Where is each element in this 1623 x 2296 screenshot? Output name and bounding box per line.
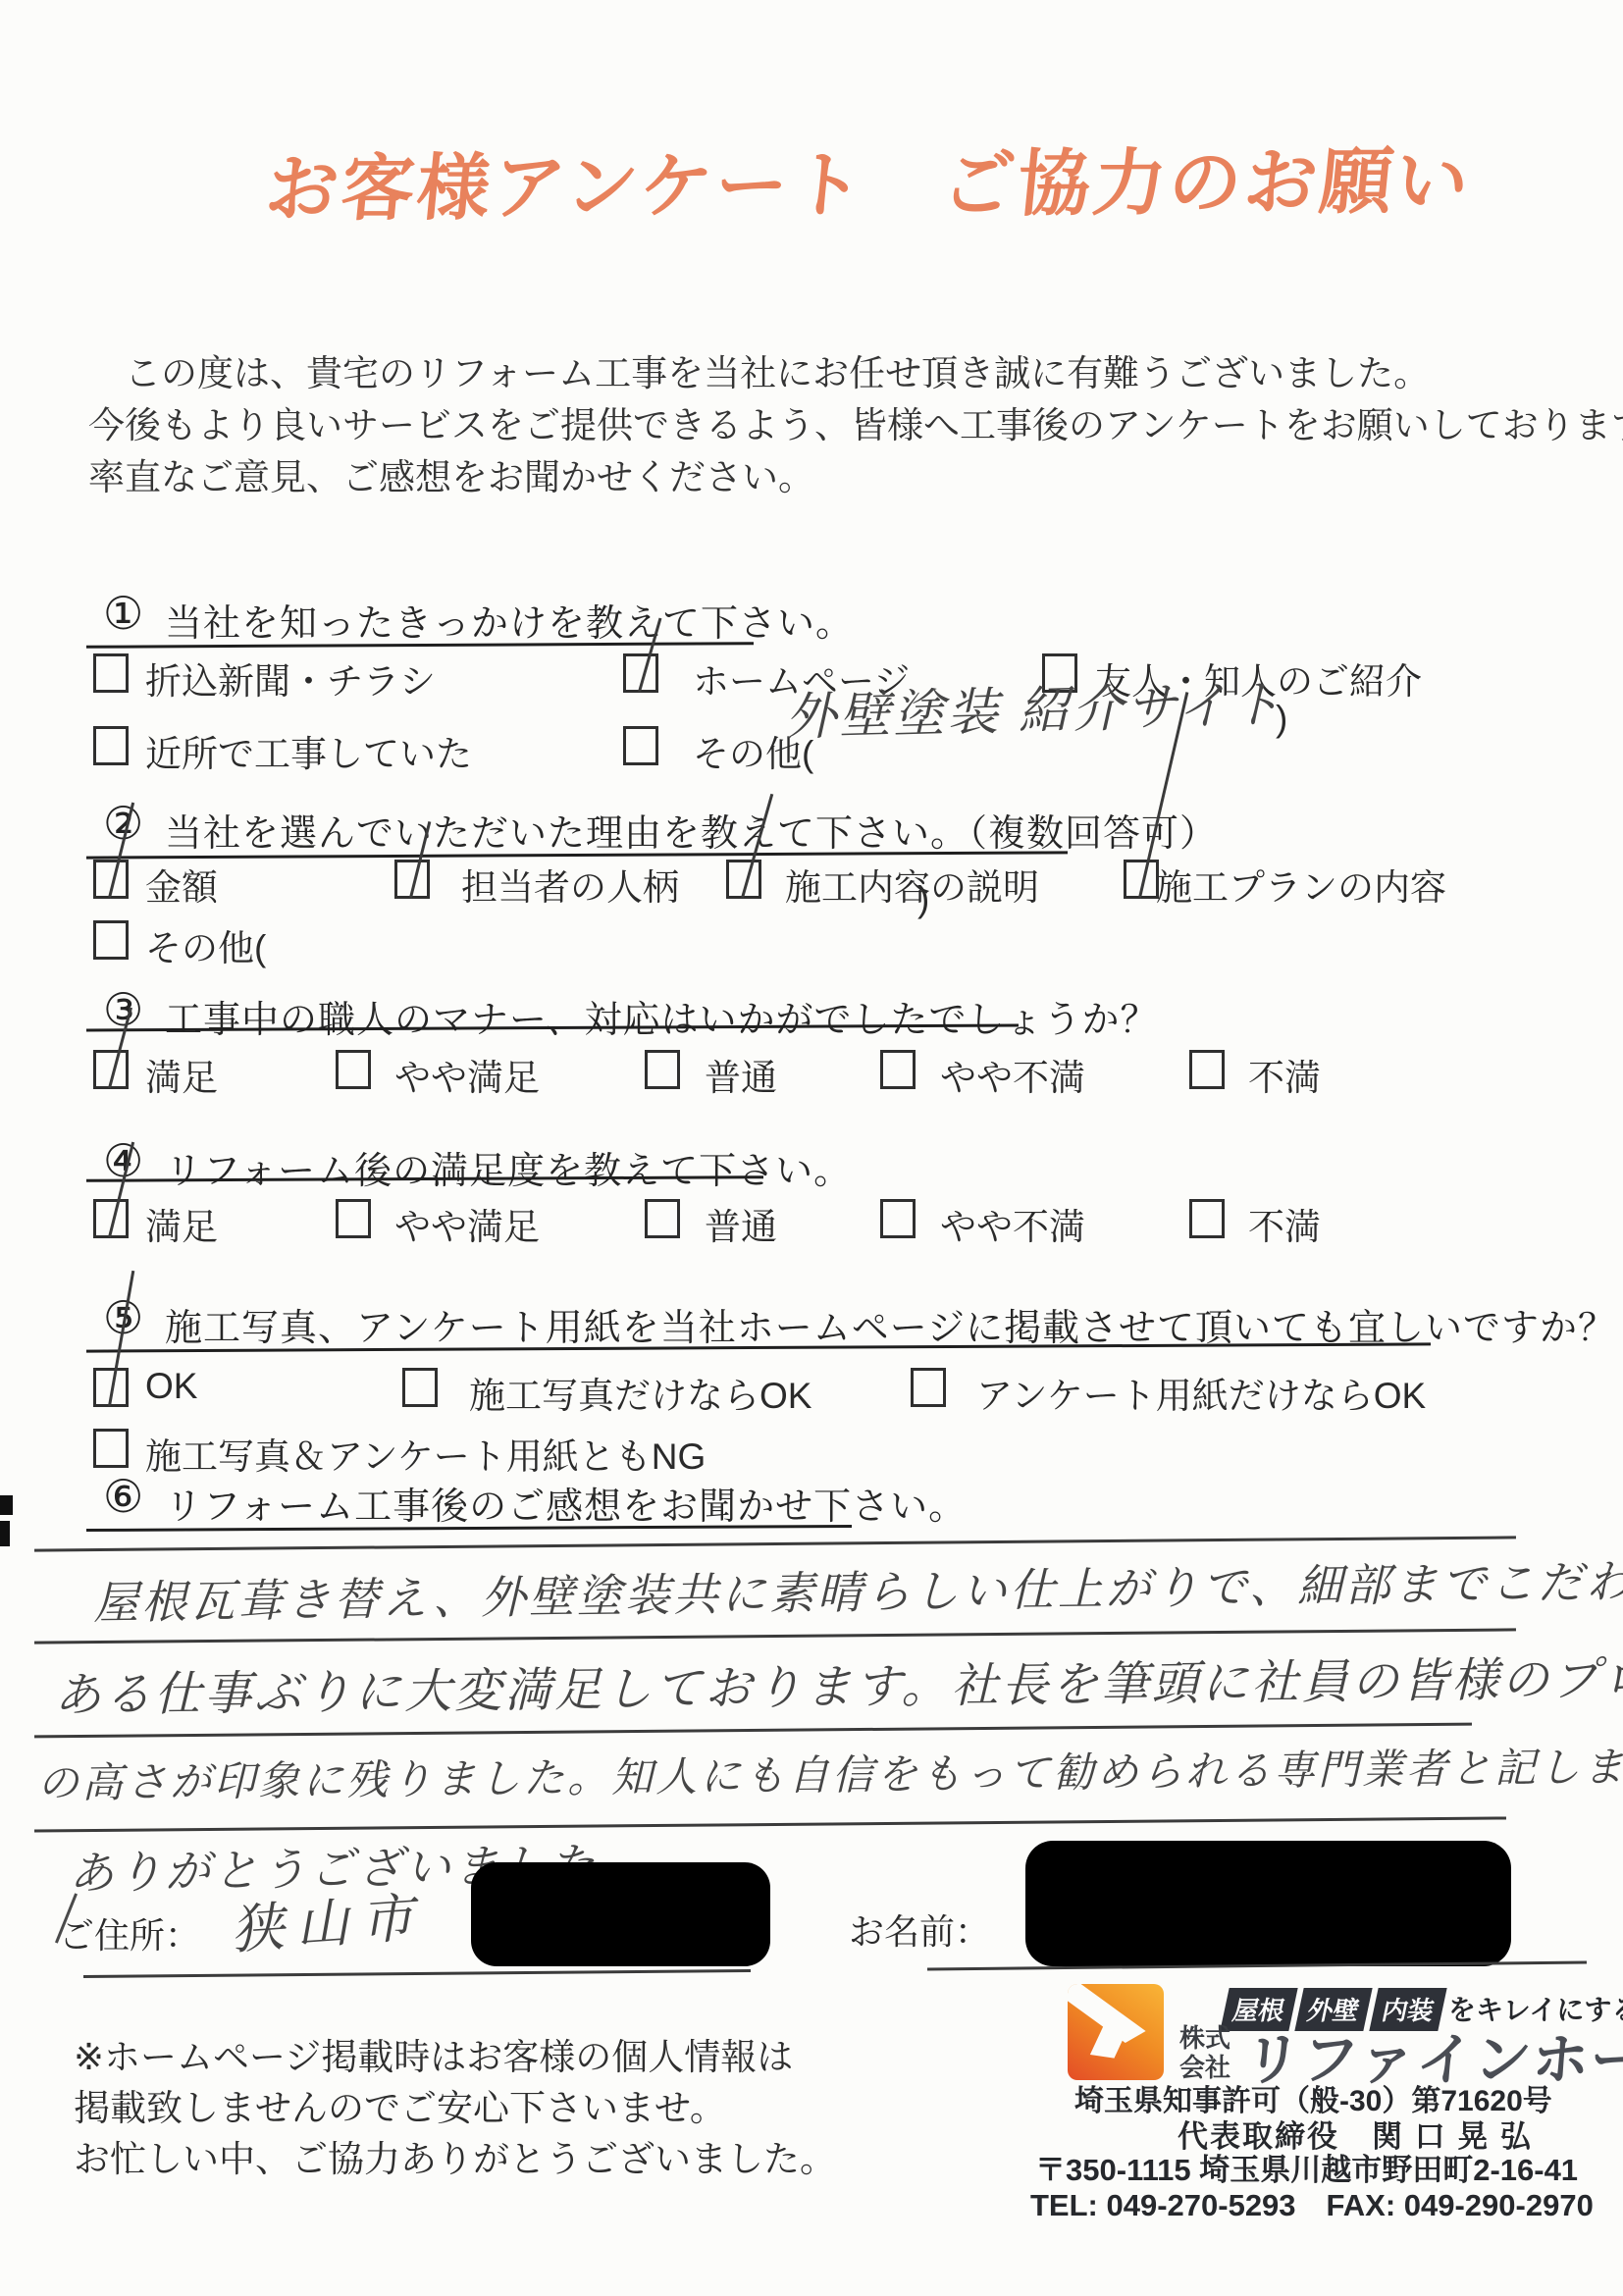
intro-line-2: 今後もより良いサービスをご提供できるよう、皆様へ工事後のアンケートをお願いしてお…: [88, 395, 1623, 448]
option-label: 普通: [705, 1197, 777, 1250]
checkbox-q1-other: [623, 726, 658, 765]
checkbox-q4-neutral: [645, 1199, 680, 1238]
intro-line-3: 率直なご意見、ご感想をお聞かせください。: [88, 447, 814, 500]
option-label: 金額: [145, 858, 218, 911]
handwritten-comment-line-2: ある仕事ぶりに大変満足しております。社長を筆頭に社員の皆様のプロ意識: [54, 1640, 1623, 1725]
option-label: 不満: [1248, 1048, 1321, 1101]
company-logo: [1068, 1984, 1164, 2080]
scan-artifact: [0, 1521, 10, 1546]
checkbox-q2-plan-checked: [1124, 860, 1159, 899]
question-1-title: 当社を知ったきっかけを教えて下さい。: [165, 593, 854, 647]
option-label: 施工内容の説明: [785, 858, 1039, 911]
checkbox-q5-ok-checked: [93, 1368, 129, 1407]
handwritten-comment-line-3: の高さが印象に残りました。知人にも自信をもって勧められる専門業者と記します。: [37, 1734, 1623, 1810]
comment-rule-2: [34, 1628, 1516, 1644]
option-label: その他(: [145, 918, 266, 971]
checkbox-q4-satisfied-checked: [93, 1199, 129, 1238]
footer-note-line-2: 掲載致しませんのでご安心下さいませ。: [74, 2078, 726, 2131]
footer-note-line-3: お忙しい中、ご協力ありがとうございました。: [74, 2129, 836, 2182]
checkbox-q5-photos-only: [402, 1368, 438, 1407]
option-label: 担当者の人柄: [461, 858, 679, 911]
question-3-title: 工事中の職人のマナー、対応はいかがでしたでしょうか？: [165, 989, 1158, 1043]
name-label: お名前：: [849, 1905, 990, 1955]
checkbox-q3-satisfied-checked: [93, 1050, 129, 1089]
handwritten-comment-line-1: 屋根瓦葺き替え、外壁塗装共に素晴らしい仕上がりで、細部までこだわりの: [93, 1544, 1623, 1632]
page-title: お客様アンケート ご協力のお願い: [261, 124, 1477, 236]
option-label: 施工写真だけならOK: [469, 1366, 811, 1419]
question-1-number: ①: [103, 587, 143, 640]
comment-rule-4: [34, 1816, 1506, 1832]
checkbox-q3-neutral: [645, 1050, 680, 1089]
option-label: やや不満: [940, 1048, 1085, 1101]
checkbox-q2-explanation-checked: [726, 860, 761, 899]
checkbox-q3-somewhat-satisfied: [336, 1050, 371, 1089]
checkbox-q3-somewhat-dissatisfied: [880, 1050, 916, 1089]
checkbox-q4-somewhat-satisfied: [336, 1199, 371, 1238]
option-label: 満足: [145, 1048, 218, 1101]
option-label: 施工写真＆アンケート用紙ともNG: [145, 1427, 706, 1480]
option-label: 施工プランの内容: [1156, 858, 1446, 911]
survey-document-page: お客様アンケート ご協力のお願い この度は、貴宅のリフォーム工事を当社にお任せ頂…: [0, 0, 1623, 2296]
close-paren: ): [917, 879, 929, 920]
checkbox-q4-dissatisfied: [1189, 1199, 1225, 1238]
checkbox-q4-somewhat-dissatisfied: [880, 1199, 916, 1238]
handwritten-q1-answer: 外壁塗装 紹介サイト: [784, 662, 1285, 749]
comment-rule-3: [34, 1723, 1472, 1739]
checkbox-q1-nearby: [93, 726, 129, 765]
checkbox-q3-dissatisfied: [1189, 1050, 1225, 1089]
option-label: やや満足: [394, 1197, 540, 1250]
intro-line-1: この度は、貴宅のリフォーム工事を当社にお任せ頂き誠に有難うございました。: [88, 343, 1430, 396]
option-label: やや不満: [940, 1197, 1085, 1250]
comment-rule-1: [34, 1536, 1516, 1551]
option-label: 普通: [705, 1048, 777, 1101]
option-label: やや満足: [394, 1048, 540, 1101]
scan-artifact: [0, 1495, 13, 1515]
address-label: ご住所：: [59, 1908, 200, 1958]
handwritten-address-city: 狭山市: [229, 1875, 428, 1964]
redaction-box-address: [471, 1862, 770, 1966]
redaction-box-name: [1025, 1841, 1511, 1966]
option-label: 不満: [1248, 1197, 1321, 1250]
option-label: アンケート用紙だけならOK: [976, 1366, 1426, 1419]
company-tel-fax: TEL: 049-270-5293 FAX: 049-290-2970: [1030, 2180, 1594, 2224]
option-label: 満足: [145, 1197, 218, 1250]
checkbox-q1-flyer: [93, 653, 129, 693]
checkbox-q2-price-checked: [93, 860, 129, 899]
footer-note-line-1: ※ホームページ掲載時はお客様の個人情報は: [74, 2027, 793, 2080]
option-label: OK: [145, 1366, 197, 1407]
address-underline: [83, 1969, 751, 1978]
question-4-title: リフォーム後の満足度を教えて下さい。: [165, 1140, 852, 1194]
checkbox-q5-survey-only: [911, 1368, 946, 1407]
question-6-title: リフォーム工事後のご感想をお聞かせ下さい。: [165, 1476, 967, 1530]
checkbox-q2-staff-checked: [394, 860, 430, 899]
checkbox-q5-both-ng: [93, 1429, 129, 1468]
checkbox-q1-homepage-checked: [623, 653, 658, 693]
close-paren: ): [1276, 699, 1287, 740]
question-6-number: ⑥: [103, 1470, 143, 1523]
checkbox-q2-other: [93, 920, 129, 960]
company-prefix: 株式 会社: [1179, 2023, 1230, 2082]
question-2-title: 当社を選んでいただいた理由を教えて下さい。（複数回答可）: [165, 803, 1218, 857]
option-label: 折込新聞・チラシ: [145, 652, 436, 704]
option-label: 近所で工事していた: [145, 724, 472, 777]
company-prefix-line-1: 株式: [1179, 2023, 1230, 2053]
